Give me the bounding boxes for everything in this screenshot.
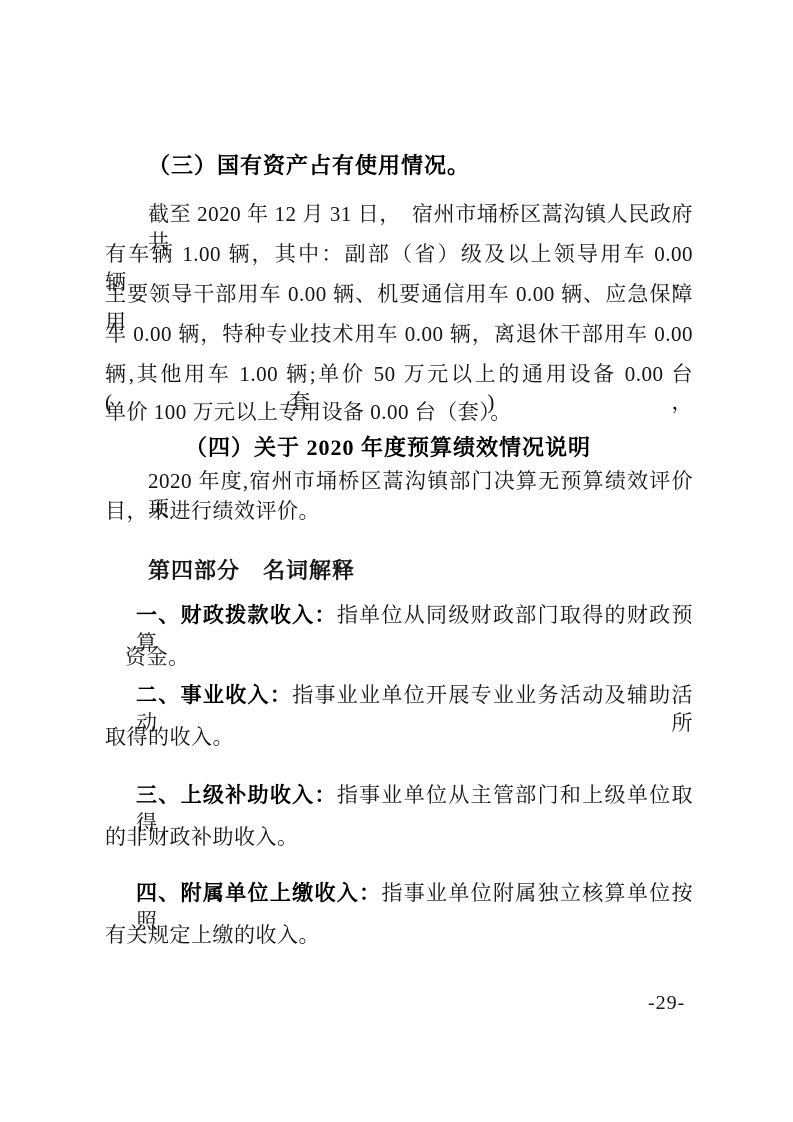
page-number: -29- <box>648 992 685 1015</box>
definition-continuation-line: 有关规定上缴的收入。 <box>105 921 693 949</box>
document-content: （三）国有资产占有使用情况。 截至 2020 年 12 月 31 日， 宿州市埇… <box>105 0 693 1122</box>
section3-paragraph-line: 车 0.00 辆，特种专业技术用车 0.00 辆，离退休干部用车 0.00 <box>105 320 693 348</box>
definition-continuation-line: 资金。 <box>105 643 713 671</box>
definition-term: 二、事业收入： <box>136 683 292 707</box>
document-page: （三）国有资产占有使用情况。 截至 2020 年 12 月 31 日， 宿州市埇… <box>0 0 793 1122</box>
definition-term: 三、上级补助收入： <box>136 783 337 807</box>
section3-heading: （三）国有资产占有使用情况。 <box>105 152 693 180</box>
part4-heading: 第四部分 名词解释 <box>105 557 693 585</box>
section4-paragraph-line: 目，未进行绩效评价。 <box>105 497 693 525</box>
section3-paragraph-line: 单价 100 万元以上专用设备 0.00 台（套）。 <box>105 398 693 426</box>
definition-term: 一、财政拨款收入： <box>136 603 337 627</box>
definition-continuation-line: 取得的收入。 <box>105 723 693 751</box>
section4-heading: （四）关于 2020 年度预算绩效情况说明 <box>105 434 693 462</box>
definition-term: 四、附属单位上缴收入： <box>136 881 381 905</box>
definition-continuation-line: 的非财政补助收入。 <box>105 823 693 851</box>
